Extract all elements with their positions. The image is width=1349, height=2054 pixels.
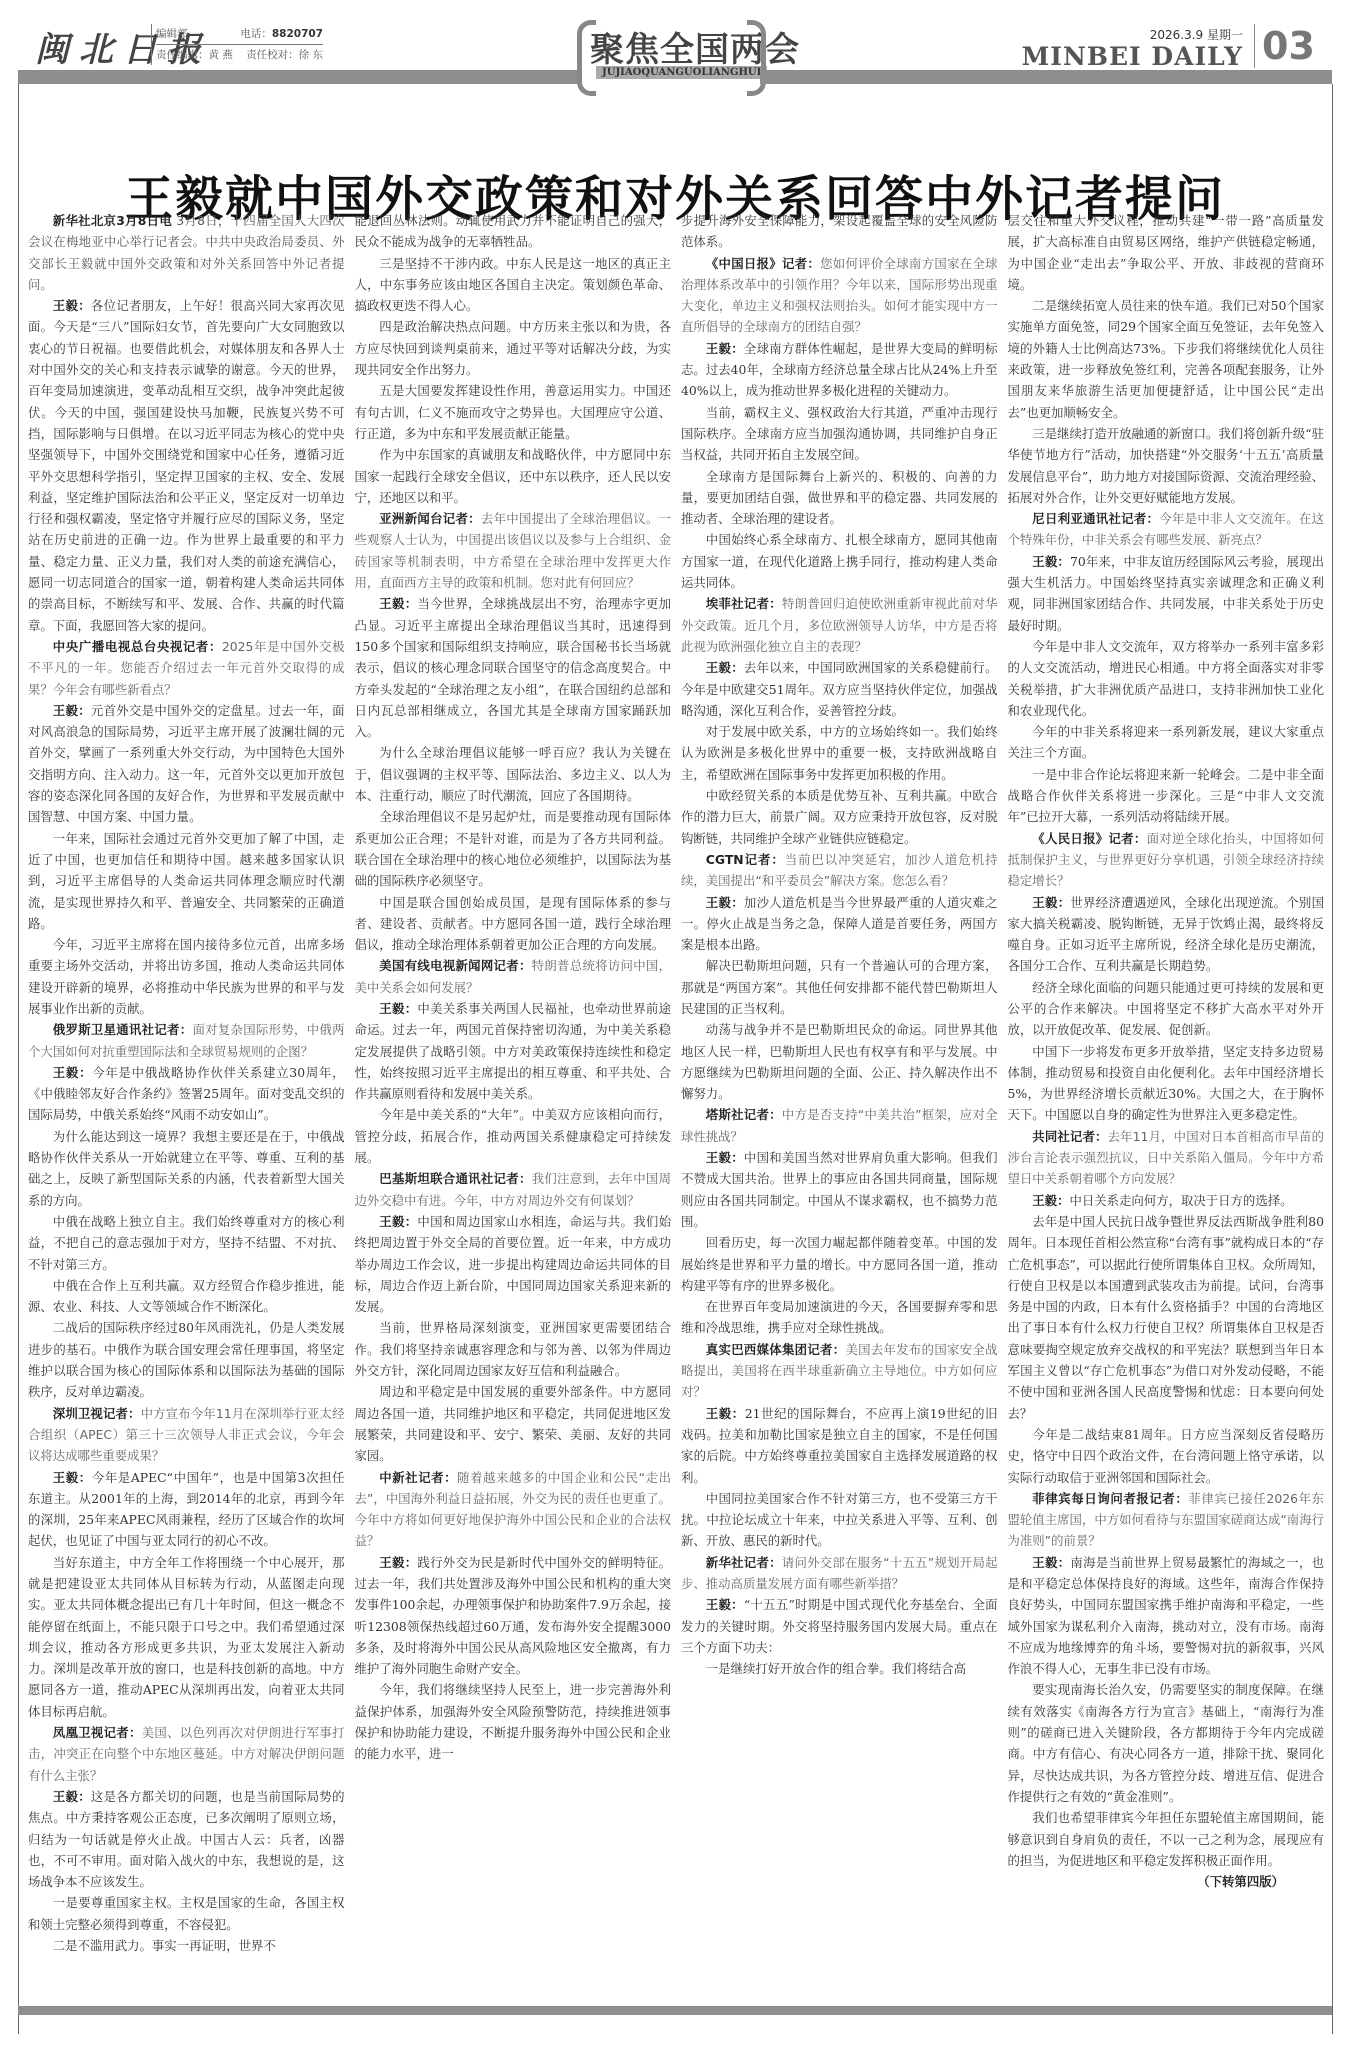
paragraph-text: 要实现南海长治久安，仍需要坚实的制度保障。在继续有效落实《南海各方行为宣言》基础… — [1008, 1682, 1325, 1803]
paragraph-text: 二战后的国际秩序经过80年风雨洗礼，仍是人类发展进步的基石。中俄作为联合国安理会… — [28, 1320, 345, 1399]
body-paragraph: 二战后的国际秩序经过80年风雨洗礼，仍是人类发展进步的基石。中俄作为联合国安理会… — [28, 1317, 345, 1402]
paragraph-text: 全球治理倡议不是另起炉灶，而是要推动现有国际体系更加公正合理；不是针对谁，而是为… — [355, 809, 672, 888]
reporter-question: 真实巴西媒体集团记者：美国去年发布的国家安全战略提出，美国将在西半球重新确立主导… — [681, 1339, 998, 1403]
answer-paragraph: 王毅：今年是APEC“中国年”，也是中国第3次担任东道主。从2001年的上海，到… — [28, 1467, 345, 1552]
speaker-label: 中央广播电视总台央视记者： — [53, 639, 222, 654]
speaker-label: 美国有线电视新闻网记者： — [379, 958, 531, 973]
paragraph-text: 作为中东国家的真诚朋友和战略伙伴，中方愿同中东国家一起践行全球安全倡议，还中东以… — [355, 447, 672, 505]
paragraph-text: 对于发展中欧关系，中方的立场始终如一。我们始终认为欧洲是多极化世界中的重要一极，… — [681, 724, 998, 782]
paragraph-text: 中美关系事关两国人民福祉，也牵动世界前途命运。过去一年，两国元首保持密切沟通，为… — [355, 1001, 672, 1101]
english-name: MINBEI DAILY — [1022, 42, 1243, 71]
speaker-label: CGTN记者： — [706, 852, 785, 867]
body-paragraph: 中国是联合国创始成员国，是现有国际体系的参与者、建设者、贡献者。中方愿同各国一道… — [355, 892, 672, 956]
body-paragraph: 今年是二战结束81周年。日方应当深刻反省侵略历史，恪守中日四个政治文件，在台湾问… — [1008, 1424, 1325, 1488]
continued-notice: （下转第四版） — [1008, 1871, 1325, 1892]
answer-paragraph: 王毅：世界经济遭遇逆风，全球化出现逆流。个别国家大搞关税霸凌、脱钩断链，无异于饮… — [1008, 892, 1325, 977]
responsible-editor: 责任编辑：黄 燕 — [156, 45, 233, 65]
speaker-label: 王毅： — [1032, 554, 1070, 569]
paragraph-text: 为什么全球治理倡议能够一呼百应？我认为关键在于，倡议强调的主权平等、国际法治、多… — [355, 745, 672, 803]
body-paragraph: 今年，我们将继续坚持人民至上，进一步完善海外利益保护体系，加强海外安全风险预警防… — [355, 1679, 672, 1764]
speaker-label: 深圳卫视记者： — [53, 1406, 141, 1421]
paragraph-text: 中国是联合国创始成员国，是现有国际体系的参与者、建设者、贡献者。中方愿同各国一道… — [355, 895, 672, 953]
header-bar-left — [18, 70, 578, 84]
answer-paragraph: 王毅：21世纪的国际舞台，不应再上演19世纪的旧戏码。拉美和加勒比国家是独立自主… — [681, 1403, 998, 1488]
paragraph-text: 今年是二战结束81周年。日方应当深刻反省侵略历史，恪守中日四个政治文件，在台湾问… — [1008, 1427, 1325, 1485]
speaker-label: 王毅： — [1032, 1193, 1069, 1208]
body-paragraph: 二是继续拓宽人员往来的快车道。我们已对50个国家实施单方面免签，同29个国家全面… — [1008, 295, 1325, 423]
reporter-question: 菲律宾每日询问者报记者：菲律宾已接任2026年东盟轮值主席国，中方如何看待与东盟… — [1008, 1488, 1325, 1552]
speaker-label: 王毅： — [706, 1597, 744, 1612]
answer-paragraph: 王毅：去年以来，中国同欧洲国家的关系稳健前行。今年是中欧建交51周年。双方应当坚… — [681, 657, 998, 721]
body-paragraph: 中俄在战略上独立自主。我们始终尊重对方的核心利益，不把自己的意志强加于对方，坚持… — [28, 1211, 345, 1275]
speaker-label: 王毅： — [53, 703, 91, 718]
paragraph-text: 全球南方是国际舞台上新兴的、积极的、向善的力量，要更加团结自强，做世界和平的稳定… — [681, 469, 998, 527]
reporter-question: 中央广播电视总台央视记者：2025年是中国外交极不平凡的一年。您能否介绍过去一年… — [28, 636, 345, 700]
reporter-question: 中新社记者：随着越来越多的中国企业和公民“走出去”，中国海外利益日益拓展，外交为… — [355, 1467, 672, 1552]
speaker-label: 王毅： — [53, 298, 91, 313]
answer-paragraph: 王毅：今年是中俄战略协作伙伴关系建立30周年，《中俄睦邻友好合作条约》签署25周… — [28, 1062, 345, 1126]
paragraph-text: 各位记者朋友，上午好！很高兴同大家再次见面。今天是“三八”国际妇女节，首先要向广… — [28, 298, 345, 632]
reporter-question: 亚洲新闻台记者：去年中国提出了全球治理倡议。一些观察人士认为，中国提出该倡议以及… — [355, 508, 672, 593]
paragraph-text: 当今世界，全球挑战层出不穷，治理赤字更加凸显。习近平主席提出全球治理倡议当其时，… — [355, 596, 672, 739]
body-paragraph: 中欧经贸关系的本质是优势互补、互利共赢。中欧合作的潜力巨大，前景广阔。双方应秉持… — [681, 785, 998, 849]
speaker-label: 共同社记者： — [1032, 1129, 1107, 1144]
paragraph-text: 二是继续拓宽人员往来的快车道。我们已对50个国家实施单方面免签，同29个国家全面… — [1008, 298, 1325, 419]
speaker-label: 《人民日报》记者： — [1032, 831, 1146, 846]
dateline: 新华社北京3月8日电 — [53, 213, 172, 228]
column-3: 步提升海外安全保障能力，架设起覆盖全球的安全风险防范体系。《中国日报》记者：您如… — [681, 210, 998, 2000]
body-paragraph: 今年，习近平主席将在国内接待多位元首，出席多场重要主场外交活动，并将出访多国，推… — [28, 934, 345, 1019]
speaker-label: 中新社记者： — [379, 1470, 457, 1485]
body-paragraph: 回看历史，每一次国力崛起都伴随着变革。中国的发展始终是世界和平力量的增长。中方愿… — [681, 1232, 998, 1296]
paragraph-text: 一是要尊重国家主权。主权是国家的生命，各国主权和领土完整必须得到尊重，不容侵犯。 — [28, 1895, 345, 1931]
answer-paragraph: 王毅：中日关系走向何方，取决于日方的选择。 — [1008, 1190, 1325, 1211]
speaker-label: 王毅： — [1032, 1555, 1070, 1570]
reporter-question: 新华社记者：请问外交部在服务“十五五”规划开局起步、推动高质量发展方面有哪些新举… — [681, 1552, 998, 1595]
body-paragraph: 一是中非合作论坛将迎来新一轮峰会。二是中非全面战略合作伙伴关系将进一步深化。三是… — [1008, 764, 1325, 828]
speaker-label: 王毅： — [53, 1470, 92, 1485]
body-paragraph: 今年是中非人文交流年，双方将举办一系列丰富多彩的人文交流活动，增进民心相通。中方… — [1008, 636, 1325, 721]
answer-paragraph: 王毅：元首外交是中国外交的定盘星。过去一年，面对风高浪急的国际局势，习近平主席开… — [28, 700, 345, 828]
answer-paragraph: 王毅：加沙人道危机是当今世界最严重的人道灾难之一。停火止战是当务之急，保障人道是… — [681, 892, 998, 956]
body-paragraph: 今年是中美关系的“大年”。中美双方应该相向而行，管控分歧，拓展合作，推动两国关系… — [355, 1104, 672, 1168]
paragraph-text: 中欧经贸关系的本质是优势互补、互利共赢。中欧合作的潜力巨大，前景广阔。双方应秉持… — [681, 788, 998, 846]
answer-paragraph: 王毅：70年来，中非友谊历经国际风云考验，展现出强大生机活力。中国始终坚持真实亲… — [1008, 551, 1325, 636]
paragraph-text: 回看历史，每一次国力崛起都伴随着变革。中国的发展始终是世界和平力量的增长。中方愿… — [681, 1235, 998, 1293]
reporter-question: 共同社记者：去年11月，中国对日本首相高市早苗的涉台言论表示强烈抗议，日中关系陷… — [1008, 1126, 1325, 1190]
reporter-question: 尼日利亚通讯社记者：今年是中非人文交流年。在这个特殊年份，中非关系会有哪些发展、… — [1008, 508, 1325, 551]
speaker-label: 亚洲新闻台记者： — [379, 511, 481, 526]
paragraph-text: 一年来，国际社会通过元首外交更加了解了中国，走近了中国，也更加信任和期待中国。越… — [28, 831, 345, 931]
speaker-label: 巴基斯坦联合通讯社记者： — [379, 1171, 531, 1186]
page-number: 03 — [1262, 24, 1315, 68]
answer-paragraph: 王毅：“十五五”时期是中国式现代化夯基垒台、全面发力的关键时期。外交将坚持服务国… — [681, 1594, 998, 1658]
phone: 电话：8820707 — [240, 24, 323, 44]
body-paragraph: 今年的中非关系将迎来一系列新发展，建议大家重点关注三个方面。 — [1008, 721, 1325, 764]
speaker-label: 真实巴西媒体集团记者： — [706, 1342, 846, 1357]
proofreader: 责任校对：徐 东 — [246, 45, 323, 65]
paragraph-text: 去年是中国人民抗日战争暨世界反法西斯战争胜利80周年。日本现任首相公然宣称“台湾… — [1008, 1214, 1325, 1421]
body-paragraph: 中国下一步将发布更多开放举措，坚定支持多边贸易体制，推动贸易和投资自由化便利化。… — [1008, 1041, 1325, 1126]
body-paragraph: 周边和平稳定是中国发展的重要外部条件。中方愿同周边各国一道，共同维护地区和平稳定… — [355, 1381, 672, 1466]
answer-paragraph: 王毅：中美关系事关两国人民福祉，也牵动世界前途命运。过去一年，两国元首保持密切沟… — [355, 998, 672, 1104]
paragraph-text: 南海是当前世界上贸易最繁忙的海域之一，也是和平稳定总体保持良好的海域。这些年，南… — [1008, 1555, 1325, 1676]
speaker-label: 王毅： — [379, 1001, 417, 1016]
speaker-label: 王毅： — [706, 341, 744, 356]
lead-paragraph: 新华社北京3月8日电 3月8日，十四届全国人大四次会议在梅地亚中心举行记者会。中… — [28, 210, 345, 295]
body-paragraph: 当好东道主，中方全年工作将围绕一个中心展开，那就是把建设亚太共同体从目标转为行动… — [28, 1552, 345, 1722]
paragraph-text: 五是大国要发挥建设性作用，善意运用实力。中国还有句古训，仁义不施而攻守之势异也。… — [355, 383, 672, 441]
speaker-label: 王毅： — [706, 660, 744, 675]
speaker-label: 新华社记者： — [706, 1555, 782, 1570]
body-paragraph: 二是不滥用武力。事实一再证明，世界不 — [28, 1935, 345, 1956]
paragraph-text: 层交往和重大外交议程，推动共建“一带一路”高质量发展，扩大高标准自由贸易区网络，… — [1008, 213, 1325, 292]
paragraph-text: 当前，霸权主义、强权政治大行其道，严重冲击现行国际秩序。全球南方应当加强沟通协调… — [681, 405, 998, 463]
speaker-label: 王毅： — [379, 1555, 417, 1570]
speaker-label: 埃菲社记者： — [706, 596, 782, 611]
body-paragraph: 一年来，国际社会通过元首外交更加了解了中国，走近了中国，也更加信任和期待中国。越… — [28, 828, 345, 934]
column-1: 新华社北京3月8日电 3月8日，十四届全国人大四次会议在梅地亚中心举行记者会。中… — [28, 210, 345, 2000]
section-title: 聚焦全国两会 — [590, 22, 800, 71]
article-body: 新华社北京3月8日电 3月8日，十四届全国人大四次会议在梅地亚中心举行记者会。中… — [28, 210, 1324, 2000]
reporter-question: 美国有线电视新闻网记者：特朗普总统将访问中国，美中关系会如何发展？ — [355, 955, 672, 998]
reporter-question: 凤凰卫视记者：美国、以色列再次对伊朗进行军事打击，冲突正在向整个中东地区蔓延。中… — [28, 1722, 345, 1786]
answer-paragraph: 王毅：践行外交为民是新时代中国外交的鲜明特征。过去一年，我们共处置涉及海外中国公… — [355, 1552, 672, 1680]
speaker-label: 王毅： — [379, 596, 417, 611]
speaker-label: 王毅： — [379, 1214, 417, 1229]
reporter-question: CGTN记者：当前巴以冲突延宕，加沙人道危机持续，美国提出“和平委员会”解决方案… — [681, 849, 998, 892]
paragraph-text: 在世界百年变局加速演进的今天，各国要摒弃零和思维和冷战思维，携手应对全球性挑战。 — [681, 1299, 998, 1335]
paragraph-text: 中国下一步将发布更多开放举措，坚定支持多边贸易体制，推动贸易和投资自由化便利化。… — [1008, 1044, 1325, 1123]
answer-paragraph: 王毅：当今世界，全球挑战层出不穷，治理赤字更加凸显。习近平主席提出全球治理倡议当… — [355, 593, 672, 742]
issue-date: 2026.3.9 星期一 — [1150, 26, 1243, 43]
speaker-label: 王毅： — [706, 1406, 745, 1421]
body-paragraph: 为什么能达到这一境界？我想主要还是在于，中俄战略协作伙伴关系从一开始就建立在平等… — [28, 1126, 345, 1211]
paragraph-text: 今年的中非关系将迎来一系列新发展，建议大家重点关注三个方面。 — [1008, 724, 1325, 760]
body-paragraph: 一是继续打好开放合作的组合拳。我们将结合高 — [681, 1658, 998, 1679]
body-paragraph: 对于发展中欧关系，中方的立场始终如一。我们始终认为欧洲是多极化世界中的重要一极，… — [681, 721, 998, 785]
paragraph-text: 三是继续打造开放融通的新窗口。我们将创新升级“驻华使节地方行”活动，加快搭建“外… — [1008, 426, 1325, 505]
body-paragraph: 中国同拉美国家合作不针对第三方，也不受第三方干扰。中拉论坛成立十年来，中拉关系进… — [681, 1488, 998, 1552]
paragraph-text: 中俄在合作上互利共赢。双方经贸合作稳步推进，能源、农业、科技、人文等领域合作不断… — [28, 1278, 345, 1314]
paragraph-text: 二是不滥用武力。事实一再证明，世界不 — [53, 1938, 276, 1953]
body-paragraph: 四是政治解决热点问题。中方历来主张以和为贵，各方应尽快回到谈判桌前来，通过平等对… — [355, 316, 672, 380]
paragraph-text: 一是中非合作论坛将迎来新一轮峰会。二是中非全面战略合作伙伴关系将进一步深化。三是… — [1008, 767, 1325, 825]
paragraph-text: 践行外交为民是新时代中国外交的鲜明特征。过去一年，我们共处置涉及海外中国公民和机… — [355, 1555, 672, 1676]
paragraph-text: 当前，世界格局深刻演变，亚洲国家更需要团结合作。我们将坚持亲诚惠容理念和与邻为善… — [355, 1320, 672, 1378]
page-separator — [1254, 24, 1255, 68]
answer-paragraph: 王毅：全球南方群体性崛起，是世界大变局的鲜明标志。过去40年，全球南方经济总量全… — [681, 338, 998, 402]
section-pinyin: JUJIAOQUANGUOLIANGHUI — [596, 66, 767, 79]
footer-bar — [18, 2006, 1332, 2015]
header-bar-right — [760, 70, 1332, 84]
speaker-label: 俄罗斯卫星通讯社记者： — [53, 1022, 193, 1037]
body-paragraph: 作为中东国家的真诚朋友和战略伙伴，中方愿同中东国家一起践行全球安全倡议，还中东以… — [355, 444, 672, 508]
paragraph-text: 经济全球化面临的问题只能通过更可持续的发展和更公平的合作来解决。中国将坚定不移扩… — [1008, 980, 1325, 1038]
speaker-label: 凤凰卫视记者： — [53, 1725, 142, 1740]
speaker-label: 王毅： — [53, 1065, 92, 1080]
body-paragraph: 五是大国要发挥建设性作用，善意运用实力。中国还有句古训，仁义不施而攻守之势异也。… — [355, 380, 672, 444]
body-paragraph: 去年是中国人民抗日战争暨世界反法西斯战争胜利80周年。日本现任首相公然宣称“台湾… — [1008, 1211, 1325, 1424]
body-paragraph: 三是继续打造开放融通的新窗口。我们将创新升级“驻华使节地方行”活动，加快搭建“外… — [1008, 423, 1325, 508]
paragraph-text: 为什么能达到这一境界？我想主要还是在于，中俄战略协作伙伴关系从一开始就建立在平等… — [28, 1129, 345, 1208]
masthead: 闽北日报 编辑部 电话：8820707 责任编辑：黄 燕 责任校对：徐 东 聚焦… — [0, 0, 1349, 90]
reporter-question: 塔斯社记者：中方是否支持“中美共治”框架，应对全球性挑战？ — [681, 1104, 998, 1147]
paragraph-text: 今年，我们将继续坚持人民至上，进一步完善海外利益保护体系，加强海外安全风险预警防… — [355, 1682, 672, 1761]
paragraph-text: 今年是中美关系的“大年”。中美双方应该相向而行，管控分歧，拓展合作，推动两国关系… — [355, 1107, 672, 1165]
body-paragraph: 当前，世界格局深刻演变，亚洲国家更需要团结合作。我们将坚持亲诚惠容理念和与邻为善… — [355, 1317, 672, 1381]
speaker-label: 王毅： — [1032, 895, 1070, 910]
paragraph-text: 中国同拉美国家合作不针对第三方，也不受第三方干扰。中拉论坛成立十年来，中拉关系进… — [681, 1491, 998, 1549]
paragraph-text: 动荡与战争并不是巴勒斯坦民众的命运。同世界其他地区人民一样，巴勒斯坦人民也有权享… — [681, 1022, 998, 1101]
paragraph-text: 一是继续打好开放合作的组合拳。我们将结合高 — [706, 1661, 966, 1676]
paragraph-text: 步提升海外安全保障能力，架设起覆盖全球的安全风险防范体系。 — [681, 213, 998, 249]
body-paragraph: 在世界百年变局加速演进的今天，各国要摒弃零和思维和冷战思维，携手应对全球性挑战。 — [681, 1296, 998, 1339]
body-paragraph: 步提升海外安全保障能力，架设起覆盖全球的安全风险防范体系。 — [681, 210, 998, 253]
paragraph-text: 三是坚持不干涉内政。中东人民是这一地区的真正主人，中东事务应该由地区各国自主决定… — [355, 256, 672, 314]
phone-label: 电话： — [240, 28, 272, 40]
paragraph-text: 能退回丛林法则。动辄使用武力并不能证明自己的强大，民众不能成为战争的无辜牺牲品。 — [355, 213, 672, 249]
reporter-question: 《人民日报》记者：面对逆全球化抬头，中国将如何抵制保护主义，与世界更好分享机遇，… — [1008, 828, 1325, 892]
paragraph-text: 周边和平稳定是中国发展的重要外部条件。中方愿同周边各国一道，共同维护地区和平稳定… — [355, 1384, 672, 1463]
reporter-question: 《中国日报》记者：您如何评价全球南方国家在全球治理体系改革中的引领作用？今年以来… — [681, 253, 998, 338]
body-paragraph: 我们也希望菲律宾今年担任东盟轮值主席国期间，能够意识到自身肩负的责任，不以一己之… — [1008, 1807, 1325, 1871]
reporter-question: 俄罗斯卫星通讯社记者：面对复杂国际形势，中俄两个大国如何对抗重塑国际法和全球贸易… — [28, 1019, 345, 1062]
answer-paragraph: 王毅：这是各方都关切的问题，也是当前国际局势的焦点。中方秉持客观公正态度，已多次… — [28, 1786, 345, 1892]
paragraph-text: 中国始终心系全球南方、扎根全球南方，愿同其他南方国家一道，在现代化道路上携手同行… — [681, 532, 998, 590]
speaker-label: 王毅： — [706, 895, 744, 910]
reporter-question: 深圳卫视记者：中方宣布今年11月在深圳举行亚太经合组织（APEC）第三十三次领导… — [28, 1403, 345, 1467]
body-paragraph: 一是要尊重国家主权。主权是国家的生命，各国主权和领土完整必须得到尊重，不容侵犯。 — [28, 1892, 345, 1935]
speaker-label: 王毅： — [53, 1789, 91, 1804]
paragraph-text: 我们也希望菲律宾今年担任东盟轮值主席国期间，能够意识到自身肩负的责任，不以一己之… — [1008, 1810, 1325, 1868]
paragraph-text: 中日关系走向何方，取决于日方的选择。 — [1069, 1193, 1292, 1208]
paragraph-text: 当好东道主，中方全年工作将围绕一个中心展开，那就是把建设亚太共同体从目标转为行动… — [28, 1555, 345, 1719]
paragraph-text: 解决巴勒斯坦问题，只有一个普遍认可的合理方案，那就是“两国方案”。其他任何安排都… — [681, 958, 998, 1016]
answer-paragraph: 王毅：中国和周边国家山水相连，命运与共。我们始终把周边置于外交全局的首要位置。近… — [355, 1211, 672, 1317]
dept-label: 编辑部 — [156, 24, 188, 44]
answer-paragraph: 王毅：各位记者朋友，上午好！很高兴同大家再次见面。今天是“三八”国际妇女节，首先… — [28, 295, 345, 636]
body-paragraph: 为什么全球治理倡议能够一呼百应？我认为关键在于，倡议强调的主权平等、国际法治、多… — [355, 742, 672, 806]
paragraph-text: 中俄在战略上独立自主。我们始终尊重对方的核心利益，不把自己的意志强加于对方，坚持… — [28, 1214, 345, 1272]
speaker-label: 《中国日报》记者： — [706, 256, 820, 271]
body-paragraph: 层交往和重大外交议程，推动共建“一带一路”高质量发展，扩大高标准自由贸易区网络，… — [1008, 210, 1325, 295]
paragraph-text: 今年是中非人文交流年，双方将举办一系列丰富多彩的人文交流活动，增进民心相通。中方… — [1008, 639, 1325, 718]
body-paragraph: 中国始终心系全球南方、扎根全球南方，愿同其他南方国家一道，在现代化道路上携手同行… — [681, 529, 998, 593]
paragraph-text: 今年，习近平主席将在国内接待多位元首，出席多场重要主场外交活动，并将出访多国，推… — [28, 937, 345, 1016]
speaker-label: 菲律宾每日询问者报记者： — [1032, 1491, 1188, 1506]
column-2: 能退回丛林法则。动辄使用武力并不能证明自己的强大，民众不能成为战争的无辜牺牲品。… — [355, 210, 672, 2000]
speaker-label: 尼日利亚通讯社记者： — [1032, 511, 1159, 526]
body-paragraph: 要实现南海长治久安，仍需要坚实的制度保障。在继续有效落实《南海各方行为宣言》基础… — [1008, 1679, 1325, 1807]
body-paragraph: 解决巴勒斯坦问题，只有一个普遍认可的合理方案，那就是“两国方案”。其他任何安排都… — [681, 955, 998, 1019]
body-paragraph: 全球南方是国际舞台上新兴的、积极的、向善的力量，要更加团结自强，做世界和平的稳定… — [681, 466, 998, 530]
reporter-question: 埃菲社记者：特朗普回归迫使欧洲重新审视此前对华外交政策。近几个月，多位欧洲领导人… — [681, 593, 998, 657]
editorial-info: 编辑部 电话：8820707 责任编辑：黄 燕 责任校对：徐 东 — [151, 24, 323, 65]
body-paragraph: 全球治理倡议不是另起炉灶，而是要推动现有国际体系更加公正合理；不是针对谁，而是为… — [355, 806, 672, 891]
body-paragraph: 中俄在合作上互利共赢。双方经贸合作稳步推进，能源、农业、科技、人文等领域合作不断… — [28, 1275, 345, 1318]
paragraph-text: 四是政治解决热点问题。中方历来主张以和为贵，各方应尽快回到谈判桌前来，通过平等对… — [355, 319, 672, 377]
body-paragraph: 三是坚持不干涉内政。中东人民是这一地区的真正主人，中东事务应该由地区各国自主决定… — [355, 253, 672, 317]
body-paragraph: 经济全球化面临的问题只能通过更可持续的发展和更公平的合作来解决。中国将坚定不移扩… — [1008, 977, 1325, 1041]
phone-number: 8820707 — [272, 28, 323, 40]
body-paragraph: 能退回丛林法则。动辄使用武力并不能证明自己的强大，民众不能成为战争的无辜牺牲品。 — [355, 210, 672, 253]
column-4: 层交往和重大外交议程，推动共建“一带一路”高质量发展，扩大高标准自由贸易区网络，… — [1008, 210, 1325, 2000]
answer-paragraph: 王毅：中国和美国当然对世界肩负重大影响。但我们不赞成大国共治。世界上的事应由各国… — [681, 1147, 998, 1232]
paragraph-text: 元首外交是中国外交的定盘星。过去一年，面对风高浪急的国际局势，习近平主席开展了波… — [28, 703, 345, 824]
reporter-question: 巴基斯坦联合通讯社记者：我们注意到，去年中国周边外交稳中有进。今年，中方对周边外… — [355, 1168, 672, 1211]
body-paragraph: 动荡与战争并不是巴勒斯坦民众的命运。同世界其他地区人民一样，巴勒斯坦人民也有权享… — [681, 1019, 998, 1104]
body-paragraph: 当前，霸权主义、强权政治大行其道，严重冲击现行国际秩序。全球南方应当加强沟通协调… — [681, 402, 998, 466]
speaker-label: 塔斯社记者： — [706, 1107, 782, 1122]
answer-paragraph: 王毅：南海是当前世界上贸易最繁忙的海域之一，也是和平稳定总体保持良好的海域。这些… — [1008, 1552, 1325, 1680]
speaker-label: 王毅： — [706, 1150, 744, 1165]
